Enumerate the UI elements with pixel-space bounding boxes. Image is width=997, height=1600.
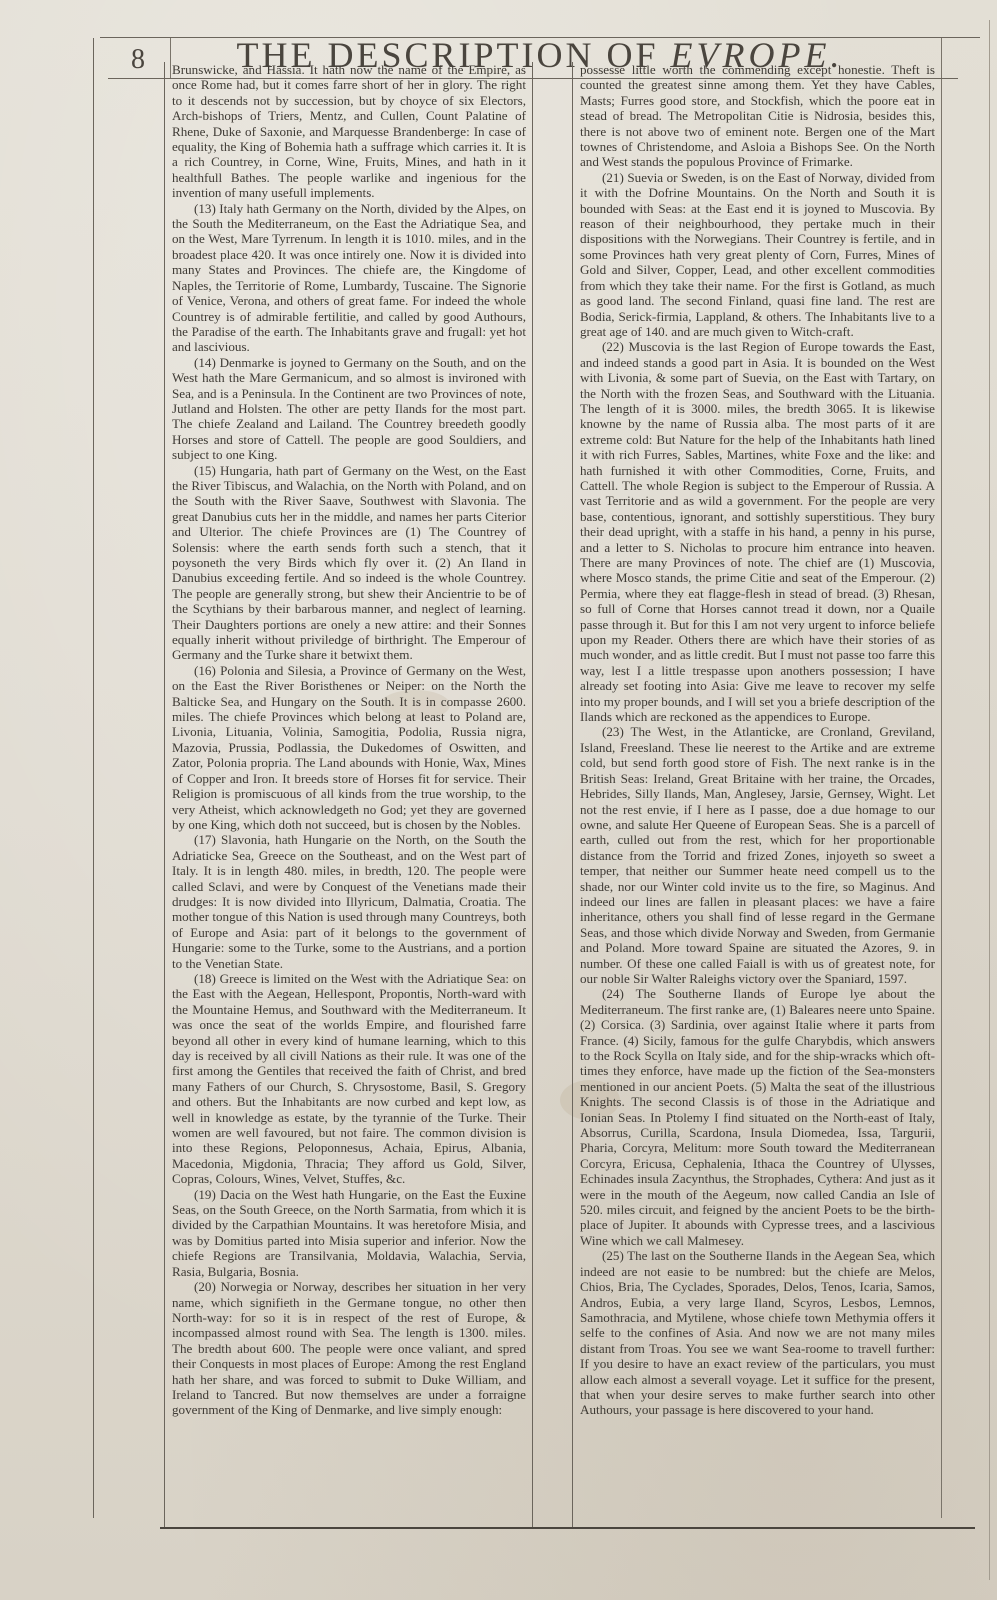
left-frame-rule — [93, 38, 94, 1518]
paragraph-19-dacia: (19) Dacia on the West hath Hungarie, on… — [172, 1187, 526, 1279]
right-column-left-rule — [572, 62, 573, 1527]
paragraph-13-italy: (13) Italy hath Germany on the North, di… — [172, 201, 526, 355]
bottom-rule — [160, 1527, 975, 1529]
paragraph-20-norwegia: (20) Norwegia or Norway, describes her s… — [172, 1279, 526, 1418]
paragraph-22-muscovia: (22) Muscovia is the last Region of Euro… — [580, 339, 935, 724]
page-number: 8 — [118, 44, 158, 76]
page-number-box-rule — [170, 38, 171, 78]
paragraph-24-southerne-ilands: (24) The Southerne Ilands of Europe lye … — [580, 986, 935, 1248]
left-column: Brunswicke, and Hassia. It hath now the … — [172, 62, 526, 1418]
paragraph-17-slavonia: (17) Slavonia, hath Hungarie on the Nort… — [172, 832, 526, 971]
paragraph-15-hungaria: (15) Hungaria, hath part of Germany on t… — [172, 463, 526, 663]
paragraph-16-polonia: (16) Polonia and Silesia, a Province of … — [172, 663, 526, 832]
outer-right-rule — [989, 20, 990, 1580]
right-column: possesse little worth the commending exc… — [580, 62, 935, 1418]
paragraph-brunswicke: Brunswicke, and Hassia. It hath now the … — [172, 62, 526, 201]
right-frame-rule — [941, 38, 942, 1518]
paragraph-25-aegean-ilands: (25) The last on the Southerne Ilands in… — [580, 1248, 935, 1417]
paragraph-14-denmarke: (14) Denmarke is joyned to Germany on th… — [172, 355, 526, 463]
left-column-left-rule — [164, 62, 165, 1527]
paragraph-18-greece: (18) Greece is limited on the West with … — [172, 971, 526, 1187]
paragraph-21-suevia: (21) Suevia or Sweden, is on the East of… — [580, 170, 935, 339]
left-column-right-rule — [532, 62, 533, 1527]
paragraph-norway-continued: possesse little worth the commending exc… — [580, 62, 935, 170]
paragraph-23-western-ilands: (23) The West, in the Atlanticke, are Cr… — [580, 724, 935, 986]
